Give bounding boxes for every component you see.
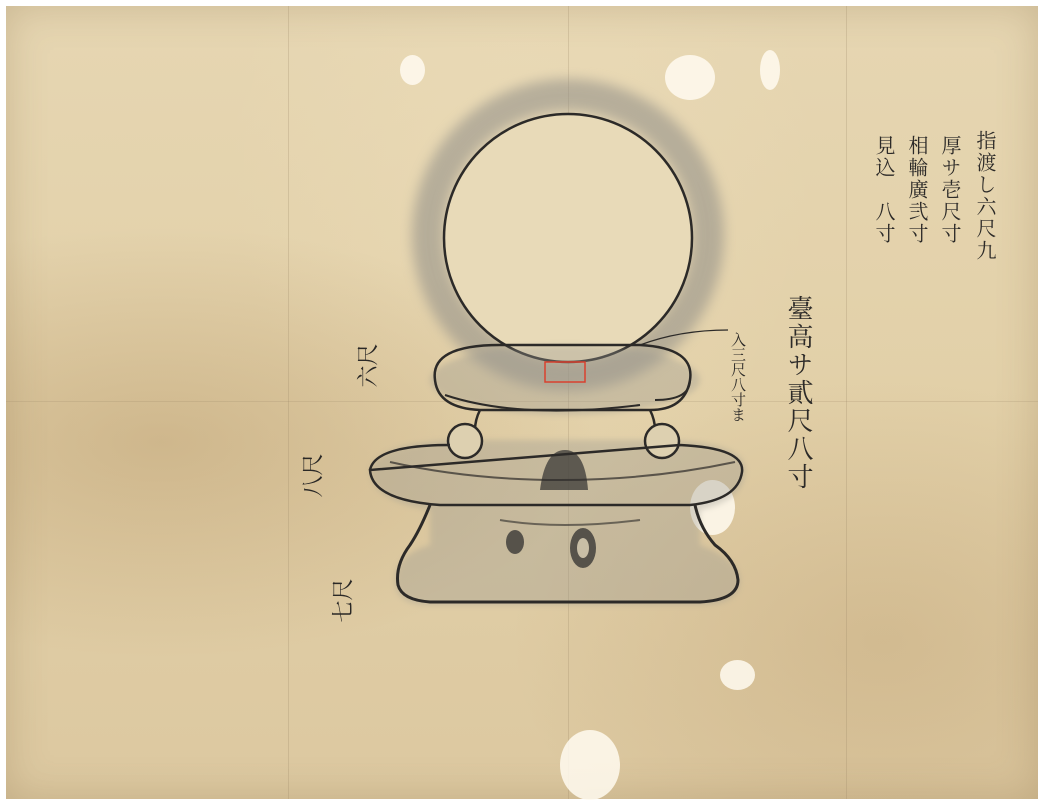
pedestal-knob — [645, 424, 679, 458]
dimension-note: 入三尺八寸ま — [730, 332, 745, 422]
annotation-col2: 厚サ壱尺寸 — [940, 135, 960, 245]
side-label-middle: 八尺 — [297, 453, 328, 497]
side-label-upper: 六尺 — [352, 343, 383, 387]
pedestal-height-label: 臺高サ貳尺八寸 — [785, 295, 811, 491]
annotation-col3: 相輪廣弐寸 — [907, 135, 927, 245]
annotation-col4: 見込 八寸 — [874, 135, 894, 245]
orb-circle — [444, 114, 692, 362]
ink-drawing — [0, 0, 1049, 809]
pedestal-knob — [448, 424, 482, 458]
side-label-lower: 七尺 — [327, 578, 358, 622]
annotation-col1: 指渡し六尺九 — [975, 130, 995, 262]
